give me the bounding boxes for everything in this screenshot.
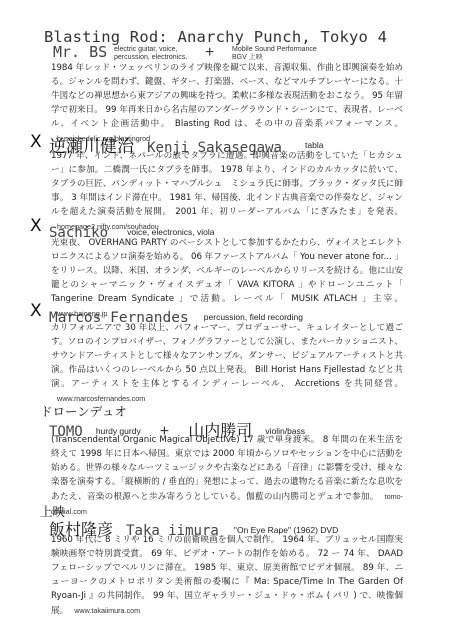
performer-roles: electric guitar, voice, percussion, elec… bbox=[114, 46, 187, 62]
bio-text: 光束夜、 OVERHANG PARTY のベーシストとして参加するかたわら、ヴォ… bbox=[51, 238, 403, 304]
bio-text: 1977 年、インド、ネパールの旅でタブラに遭遇。即興音楽の活動をしていた「ヒカ… bbox=[51, 151, 403, 217]
flyer-page: Blasting Rod: Anarchy Punch, Tokyo 4 Mr.… bbox=[0, 0, 452, 640]
role-line: electric guitar, voice, bbox=[114, 46, 187, 54]
bio-text: カリフォルニアで 30 年以上、パフォーマー、プロデューサー、キュレイターとして… bbox=[51, 323, 403, 389]
bio-text: 1960 年代に 8 ミリや 16 ミリの前衛映画を個人で制作。 1964 年、… bbox=[51, 535, 403, 616]
plus-sign: + bbox=[205, 44, 214, 62]
performer-role: tabla bbox=[305, 140, 323, 150]
extra-performance: Mobile Sound Performance BGV 上映 bbox=[232, 46, 317, 62]
duo-bio: (Transcendental Organic Magical Objectiv… bbox=[51, 434, 403, 519]
performer-bio: カリフォルニアで 30 年以上、パフォーマー、プロデューサー、キュレイターとして… bbox=[51, 322, 403, 406]
filmmaker-url[interactable]: www.takaiimura.com bbox=[74, 606, 140, 615]
extra-line: BGV 上映 bbox=[232, 54, 317, 62]
performer-name: Mr. BS bbox=[53, 43, 107, 61]
role-line: percussion, electronics. bbox=[114, 54, 187, 62]
performer-role: voice, electronics, viola bbox=[127, 227, 214, 237]
cross-mark: X bbox=[30, 218, 42, 235]
bio-text: 1984 年レッド・ツェッペリンのライブ映像を観て以来、音源収集、作曲と即興演奏… bbox=[51, 63, 403, 129]
performer-header-mr-bs: Mr. BS bbox=[53, 43, 107, 62]
cross-mark: X bbox=[30, 303, 42, 320]
filmmaker-bio: 1960 年代に 8 ミリや 16 ミリの前衛映画を個人で制作。 1964 年、… bbox=[51, 534, 403, 618]
bio-text: (Transcendental Organic Magical Objectiv… bbox=[51, 435, 403, 502]
performer-role: percussion, field recording bbox=[204, 312, 303, 322]
extra-line: Mobile Sound Performance bbox=[232, 46, 317, 54]
cross-mark: X bbox=[30, 134, 42, 151]
